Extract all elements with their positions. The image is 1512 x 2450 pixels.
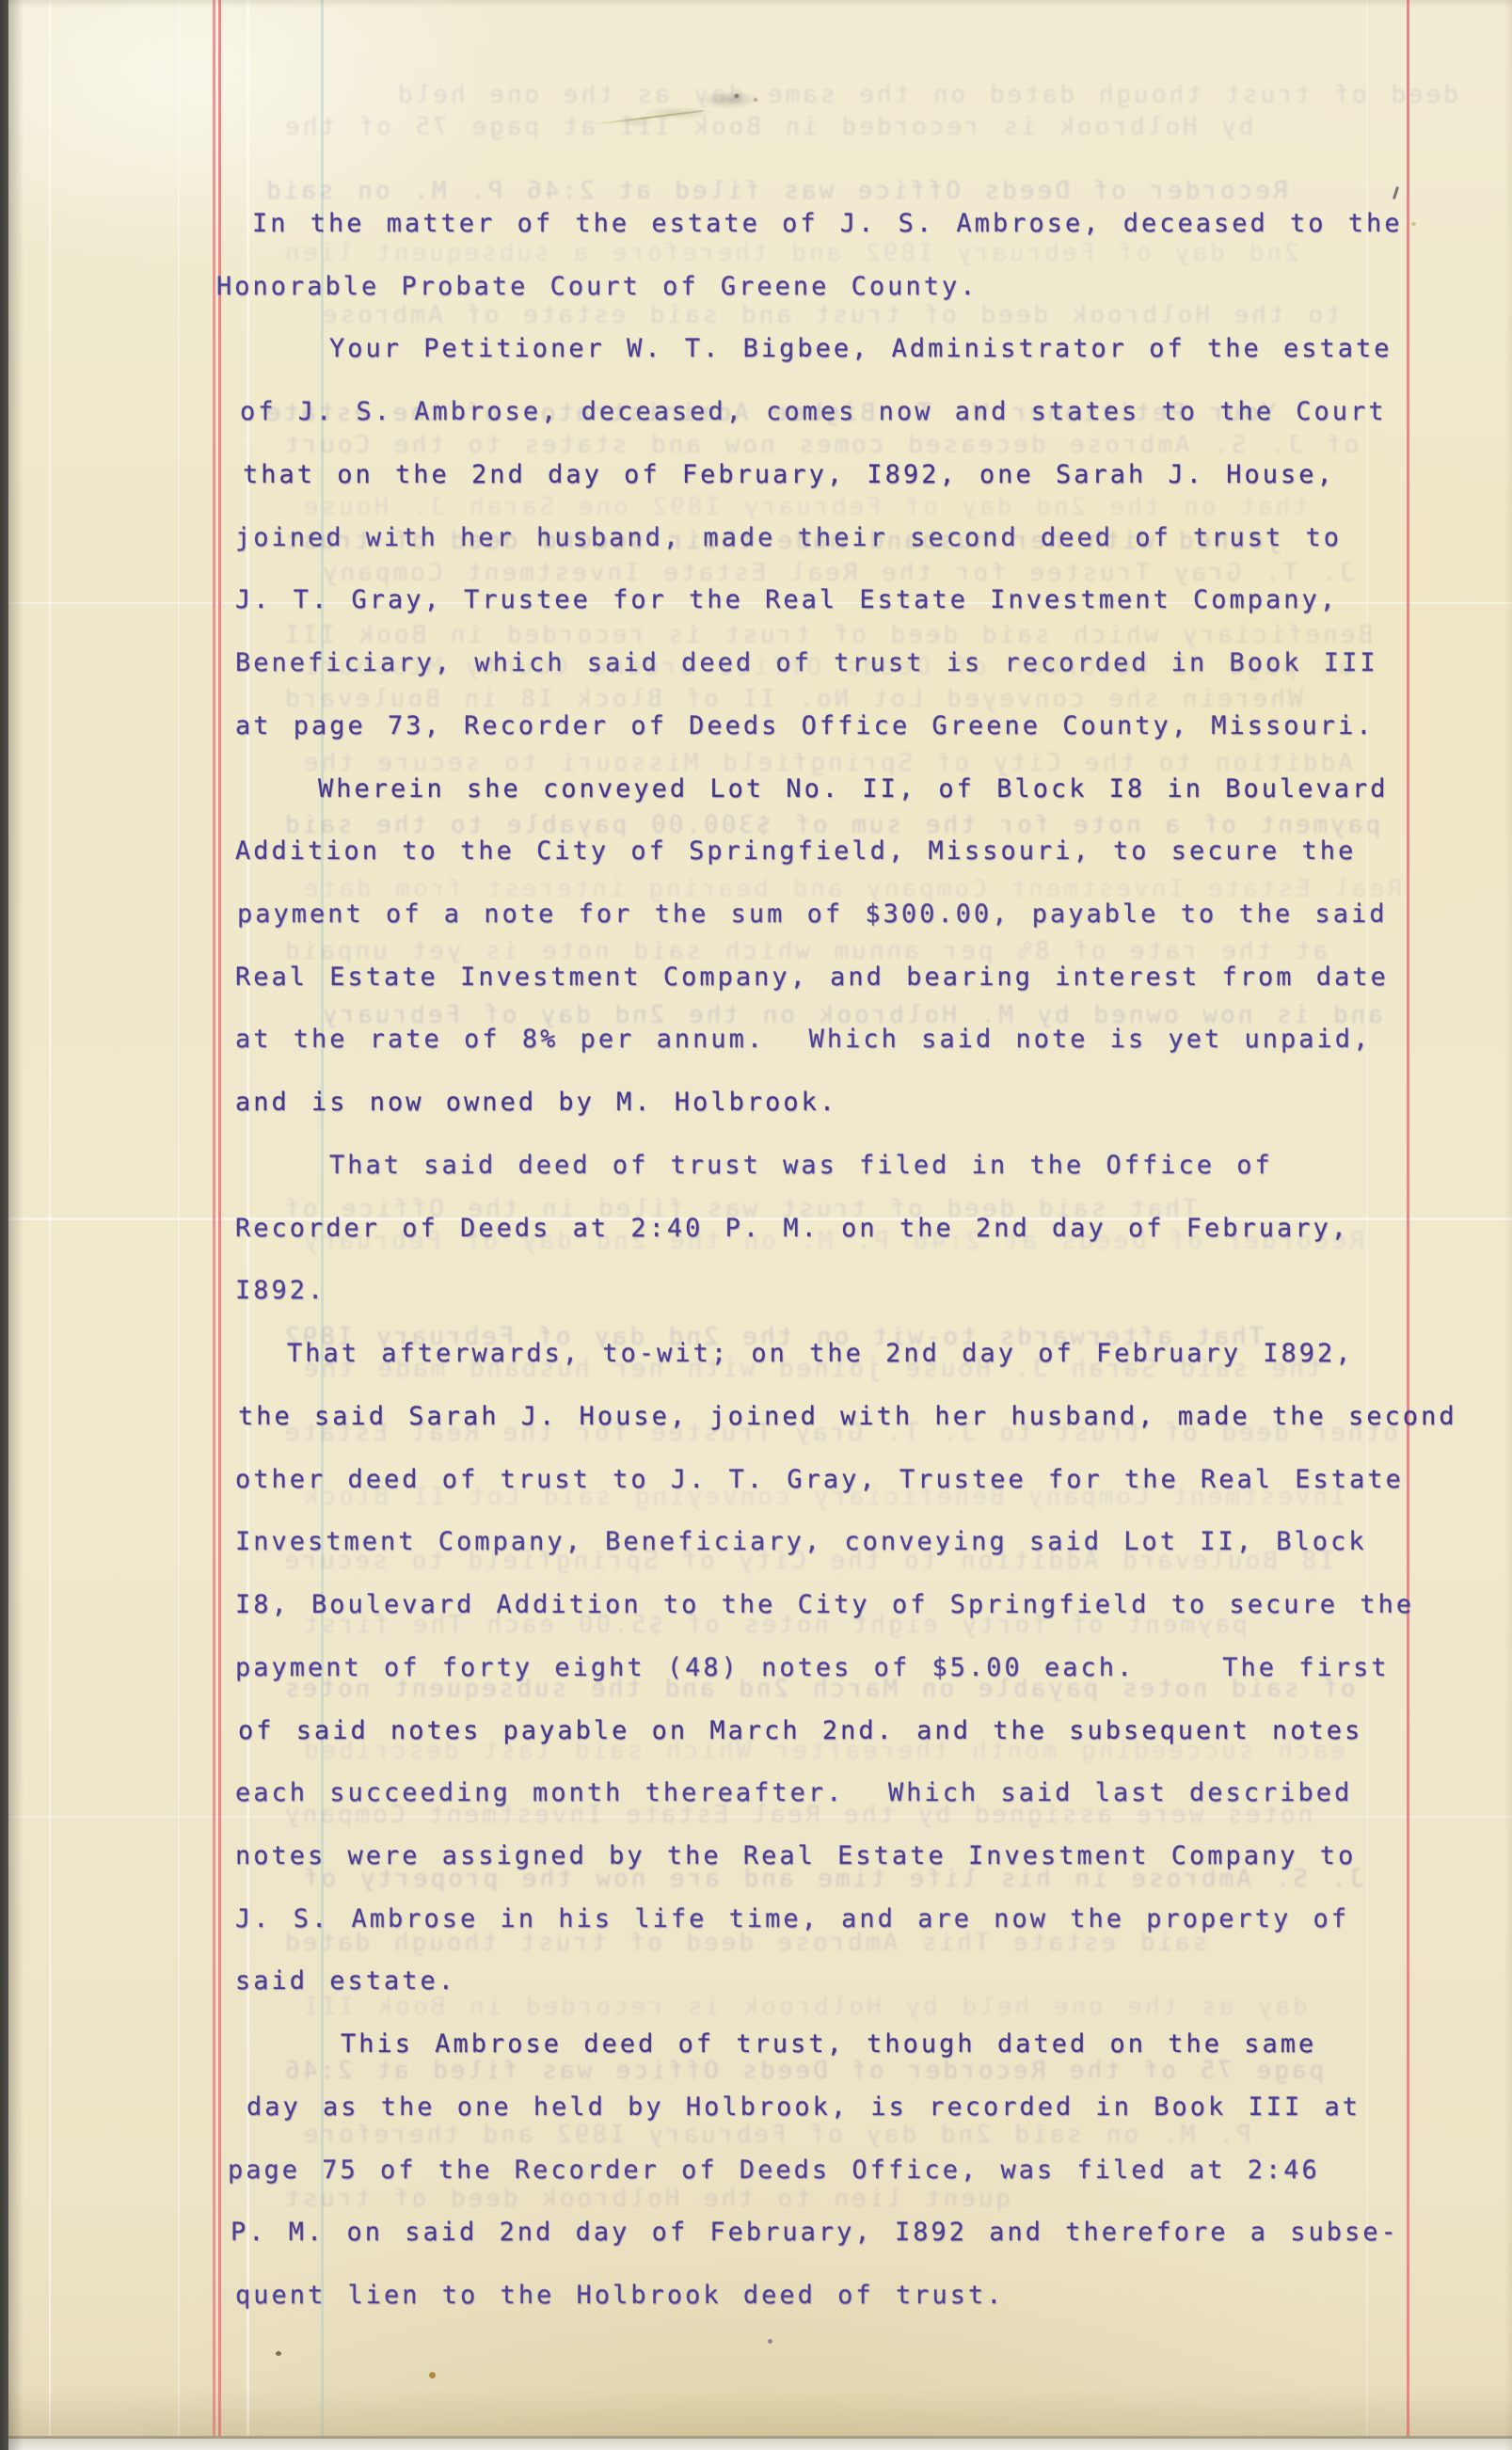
- typed-line: That afterwards, to-wit; on the 2nd day …: [193, 1341, 1354, 1366]
- typed-line: each succeeding month thereafter. Which …: [235, 1780, 1352, 1806]
- bleed-through-line: payment of a note for the sum of $300.00…: [282, 811, 1380, 839]
- scan-edge-left-shadow: [8, 0, 24, 2450]
- scanned-page: deed of trust though dated on the same d…: [0, 0, 1512, 2450]
- bleed-through-line: day as the one held by Holbrook is recor…: [301, 1993, 1308, 2021]
- typed-line: J. S. Ambrose in his life time, and are …: [235, 1906, 1349, 1932]
- bleed-through-line: Addition to the City of Springfield Miss…: [301, 749, 1353, 777]
- typed-line: of J. S. Ambrose, deceased, comes now an…: [240, 399, 1387, 424]
- typed-line: page 75 of the Recorder of Deeds Office,…: [228, 2157, 1320, 2183]
- typed-line: at the rate of 8% per annum. Which said …: [235, 1026, 1371, 1052]
- typed-line: I892.: [235, 1278, 326, 1303]
- bleed-through-line: Beneficiary which said deed of trust is …: [282, 621, 1373, 649]
- bleed-through-line: to the Holbrook deed of trust and said e…: [320, 301, 1341, 329]
- bleed-through-line: 2nd day of February I892 and therefore a…: [282, 239, 1299, 267]
- typed-line: quent lien to the Holbrook deed of trust…: [235, 2283, 1004, 2308]
- typed-line: of said notes payable on March 2nd. and …: [238, 1718, 1362, 1743]
- typed-line: Your Petitioner W. T. Bigbee, Administra…: [235, 336, 1393, 361]
- typed-line: and is now owned by M. Holbrook.: [235, 1090, 837, 1115]
- bleed-through-line: Wherein she conveyed Lot No. II of Block…: [282, 685, 1303, 713]
- typed-line: Real Estate Investment Company, and bear…: [235, 964, 1389, 990]
- paper-speck: [429, 2372, 436, 2378]
- scan-edge-right: [1504, 0, 1512, 2450]
- typed-line: Investment Company, Beneficiary, conveyi…: [235, 1529, 1367, 1554]
- typed-line: at page 73, Recorder of Deeds Office Gre…: [235, 713, 1375, 739]
- typed-line: P. M. on said 2nd day of February, I892 …: [231, 2219, 1399, 2245]
- typed-line: Honorable Probate Court of Greene County…: [216, 274, 978, 299]
- bleed-through-line: page 75 of the Recorder of Deeds Office …: [282, 2057, 1324, 2085]
- typed-line: I8, Boulevard Addition to the City of Sp…: [235, 1592, 1414, 1617]
- typed-line: This Ambrose deed of trust, though dated…: [247, 2031, 1316, 2057]
- ink-smudge: [579, 73, 814, 139]
- bleed-through-line: Recorder of Deeds Office was filed at 2:…: [263, 177, 1288, 205]
- typed-line: other deed of trust to J. T. Gray, Trust…: [235, 1467, 1404, 1492]
- bleed-through-line: at the rate of 8% per annum which said n…: [282, 937, 1328, 965]
- typed-line: Addition to the City of Springfield, Mis…: [235, 838, 1356, 864]
- paper-speck: [768, 2339, 772, 2344]
- typed-line: day as the one held by Holbrook, is reco…: [247, 2094, 1361, 2120]
- scan-edge-left: [0, 0, 8, 2450]
- scan-edge-top: [0, 0, 1512, 8]
- bleed-through-line: J. T. Gray Trustee for the Real Estate I…: [320, 559, 1354, 587]
- bleed-through-line: of J. S. Ambrose deceased comes now and …: [282, 431, 1360, 459]
- bleed-through-line: deed of trust though dated on the same d…: [395, 81, 1458, 109]
- typed-line: That said deed of trust was filed in the…: [235, 1153, 1273, 1178]
- typed-line: the said Sarah J. House, joined with her…: [238, 1404, 1457, 1429]
- page-bottom-shadow: [0, 2388, 1512, 2437]
- bleed-through-line: P. M. on said 2nd day of February I892 a…: [301, 2121, 1251, 2149]
- typed-line: payment of a note for the sum of $300.00…: [237, 901, 1388, 927]
- paper-speck: [1411, 222, 1416, 226]
- typed-line: notes were assigned by the Real Estate I…: [235, 1843, 1356, 1869]
- typed-line: Recorder of Deeds at 2:40 P. M. on the 2…: [235, 1216, 1349, 1241]
- typed-line: In the matter of the estate of J. S. Amb…: [252, 211, 1403, 236]
- typed-line: Beneficiary, which said deed of trust is…: [235, 650, 1378, 676]
- scanner-bed: [0, 2439, 1512, 2450]
- typed-line: J. T. Gray, Trustee for the Real Estate …: [235, 587, 1338, 612]
- typed-line: payment of forty eight (48) notes of $5.…: [235, 1655, 1390, 1680]
- bleed-through-line: that on the 2nd day of February I892 one…: [301, 493, 1308, 521]
- typed-line: joined with her husband, made their seco…: [235, 525, 1342, 550]
- typed-line: said estate.: [235, 1968, 456, 1994]
- paper-speck: [276, 2351, 281, 2356]
- bleed-through-line: quent lien to the Holbrook deed of trust: [282, 2185, 1011, 2213]
- typed-line: Wherein she conveyed Lot No. II, of Bloc…: [224, 776, 1389, 802]
- typed-line: that on the 2nd day of February, I892, o…: [243, 462, 1335, 487]
